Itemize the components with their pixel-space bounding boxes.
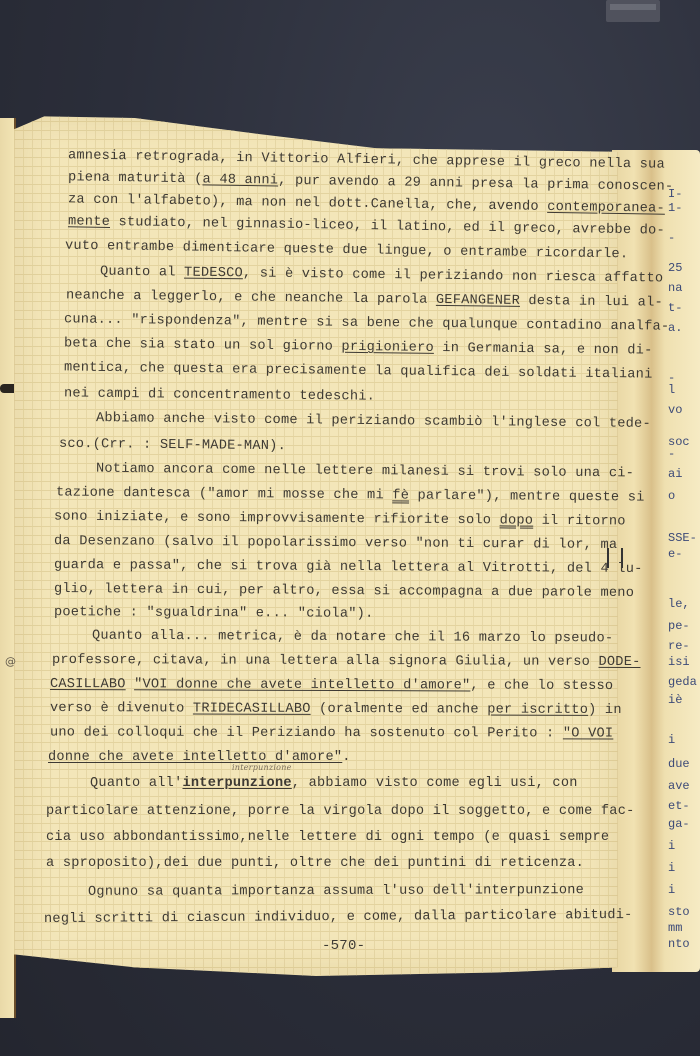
typewritten-text: amnesia retrograda, in Vittorio Alfieri,… — [0, 0, 700, 1056]
text-line: da Desenzano (salvo il popolarissimo ver… — [54, 534, 617, 553]
text-line: uno dei colloqui che il Periziando ha so… — [50, 726, 613, 742]
text-line: verso è divenuto TRIDECASILLABO (oralmen… — [50, 701, 622, 718]
text-line: neanche a leggerlo, e che neanche la par… — [66, 288, 663, 310]
text-line: professore, citava, in una lettera alla … — [52, 653, 641, 670]
text-line: Quanto al TEDESCO, si è visto come il pe… — [100, 265, 663, 287]
text-line: negli scritti di ciascun individuo, e co… — [44, 908, 633, 927]
text-line: Quanto all'interpunzione, abbiamo visto … — [90, 776, 578, 791]
text-line: sco.(Crr. : SELF-MADE-MAN). — [59, 437, 286, 454]
text-line: nei campi di concentramento tedeschi. — [64, 386, 375, 404]
text-line: a sproposito),dei due punti, oltre che d… — [46, 856, 584, 871]
text-line: mentica, che questa era precisamente la … — [64, 360, 653, 382]
text-line: sono iniziate, e sono improvvisamente ri… — [54, 510, 626, 530]
text-line: vuto entrambe dimenticare queste due lin… — [65, 239, 628, 263]
text-line: piena maturità (a 48 anni, pur avendo a … — [68, 170, 674, 195]
text-line: tazione dantesca ("amor mi mosse che mi … — [56, 485, 645, 505]
handwritten-correction: interpunzione — [232, 763, 292, 772]
text-line: Notiamo ancora come nelle lettere milane… — [96, 462, 634, 482]
text-line: za con l'alfabeto), ma non nel dott.Cane… — [68, 192, 665, 216]
text-line: amnesia retrograda, in Vittorio Alfieri,… — [68, 148, 665, 172]
text-line: Ognuno sa quanta importanza assuma l'uso… — [88, 883, 584, 900]
text-line: CASILLABO "VOI donne che avete intellett… — [50, 677, 613, 694]
text-line: mente studiato, nel ginnasio-liceo, il l… — [68, 214, 665, 238]
text-line: cuna... "rispondenza", mentre si sa bene… — [64, 312, 669, 334]
text-line: beta che sia stato un sol giorno prigion… — [64, 336, 653, 358]
text-line: Quanto alla... metrica, è da notare che … — [92, 629, 613, 647]
text-line: cia uso abbondantissimo,nelle lettere di… — [46, 830, 609, 845]
text-line: donne che avete intelletto d'amore". — [48, 750, 351, 765]
text-line: guarda e passa", che si trova già nella … — [54, 558, 643, 577]
text-line: Abbiamo anche visto come il periziando s… — [96, 411, 651, 432]
text-line: glio, lettera in cui, per altro, essa si… — [54, 582, 634, 601]
text-line: poetiche : "sgualdrina" e... "ciola"). — [54, 605, 374, 622]
text-line: particolare attenzione, porre la virgola… — [46, 804, 635, 819]
page-number: -570- — [322, 938, 365, 954]
